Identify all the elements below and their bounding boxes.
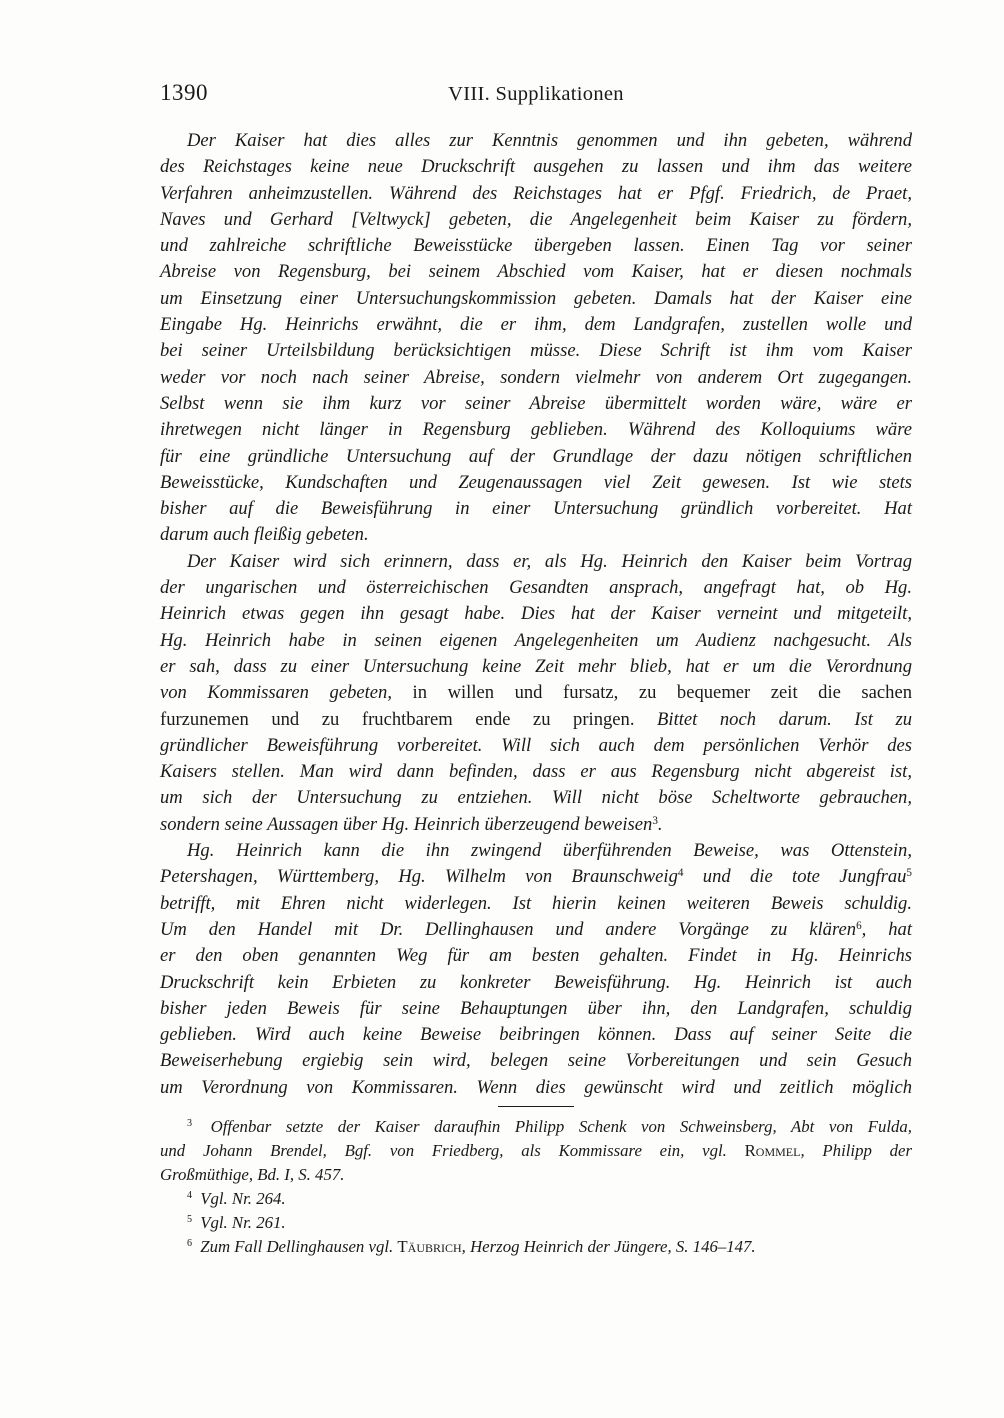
text-segment: , Herzog Heinrich der Jüngere, S. 146–14… (462, 1237, 756, 1256)
body-line: bisher auf die Beweisführung in einer Un… (160, 496, 912, 522)
body-line: darum auch fleißig gebeten. (160, 522, 912, 548)
text-segment: gründlicher Beweisführung vorbereitet. W… (160, 735, 912, 756)
text-segment: Der Kaiser hat dies alles zur Kenntnis g… (187, 130, 912, 151)
text-segment: Beweisstücke, Kundschaften und Zeugenaus… (160, 472, 912, 493)
body-line: er sah, dass zu einer Untersuchung keine… (160, 654, 912, 680)
text-segment: des Reichstages keine neue Druckschrift … (160, 156, 912, 177)
text-segment: Naves und Gerhard [Veltwyck] gebeten, di… (160, 209, 912, 230)
text-segment: sondern seine Aussagen über Hg. Heinrich… (160, 814, 652, 835)
text-segment: Petershagen, Württemberg, Hg. Wilhelm vo… (160, 866, 678, 887)
running-title: VIII. Supplikationen (160, 83, 912, 106)
text-segment: Druckschrift kein Erbieten zu konkreter … (160, 972, 912, 993)
book-page-content: 1390 VIII. Supplikationen Der Kaiser hat… (160, 80, 912, 1258)
body-line: Selbst wenn sie ihm kurz vor seiner Abre… (160, 391, 912, 417)
smallcaps-author: Täubrich (397, 1237, 461, 1256)
quoted-roman-text: furzunemen und zu fruchtbarem ende zu pr… (160, 709, 657, 730)
text-segment: und zahlreiche schriftliche Beweisstücke… (160, 235, 912, 256)
body-line: bei seiner Urteilsbildung berücksichtige… (160, 338, 912, 364)
footnote-line: Großmüthige, Bd. I, S. 457. (160, 1163, 912, 1187)
text-segment: Vgl. Nr. 261. (196, 1213, 286, 1232)
text-segment: Hg. Heinrich habe in seinen eigenen Ange… (160, 630, 912, 651)
text-segment: Heinrich etwas gegen ihn gesagt habe. Di… (160, 603, 912, 624)
body-line: des Reichstages keine neue Druckschrift … (160, 154, 912, 180)
text-segment: darum auch fleißig gebeten. (160, 524, 369, 545)
body-line: Um den Handel mit Dr. Dellinghausen und … (160, 917, 912, 943)
body-line: Der Kaiser hat dies alles zur Kenntnis g… (160, 128, 912, 154)
text-segment: geblieben. Wird auch keine Beweise beibr… (160, 1024, 912, 1045)
text-segment: , hat (862, 919, 912, 940)
text-segment: um sich der Untersuchung zu entziehen. W… (160, 787, 912, 808)
footnote-separator (498, 1106, 574, 1107)
text-segment: für eine gründliche Untersuchung auf der… (160, 446, 912, 467)
text-segment: Bittet noch darum. Ist zu (657, 709, 912, 730)
text-segment: er den oben genannten Weg für am besten … (160, 945, 912, 966)
text-segment: Eingabe Hg. Heinrichs erwähnt, die er ih… (160, 314, 912, 335)
body-line: Der Kaiser wird sich erinnern, dass er, … (160, 549, 912, 575)
footnote-reference: 5 (187, 1214, 192, 1225)
text-segment: der ungarischen und österreichischen Ges… (160, 577, 912, 598)
body-line: sondern seine Aussagen über Hg. Heinrich… (160, 812, 912, 838)
text-segment: Vgl. Nr. 264. (196, 1189, 286, 1208)
text-segment: Um den Handel mit Dr. Dellinghausen und … (160, 919, 856, 940)
text-segment: betrifft, mit Ehren nicht widerlegen. Is… (160, 893, 912, 914)
body-line: um sich der Untersuchung zu entziehen. W… (160, 785, 912, 811)
footnote-line: 4 Vgl. Nr. 264. (160, 1187, 912, 1211)
footnote-reference: 5 (906, 867, 912, 879)
footnote-reference: 4 (187, 1190, 192, 1201)
body-line: Druckschrift kein Erbieten zu konkreter … (160, 970, 912, 996)
body-line: Petershagen, Württemberg, Hg. Wilhelm vo… (160, 864, 912, 890)
body-line: Abreise von Regensburg, bei seinem Absch… (160, 259, 912, 285)
body-line: Beweisstücke, Kundschaften und Zeugenaus… (160, 470, 912, 496)
body-line: geblieben. Wird auch keine Beweise beibr… (160, 1022, 912, 1048)
text-segment: um Verordnung von Kommissaren. Wenn dies… (160, 1077, 912, 1098)
text-segment: Großmüthige, Bd. I, S. 457. (160, 1165, 344, 1184)
body-line: für eine gründliche Untersuchung auf der… (160, 444, 912, 470)
text-segment: bisher auf die Beweisführung in einer Un… (160, 498, 912, 519)
main-text: Der Kaiser hat dies alles zur Kenntnis g… (160, 128, 912, 1101)
text-segment: und Johann Brendel, Bgf. von Friedberg, … (160, 1141, 745, 1160)
text-segment: Kaisers stellen. Man wird dann befinden,… (160, 761, 912, 782)
body-line: weder vor noch nach seiner Abreise, sond… (160, 365, 912, 391)
page-header: 1390 VIII. Supplikationen (160, 80, 912, 106)
text-segment: Zum Fall Dellinghausen vgl. (196, 1237, 397, 1256)
text-segment: um Einsetzung einer Untersuchungskommiss… (160, 288, 912, 309)
smallcaps-author: Rommel (745, 1141, 801, 1160)
body-line: der ungarischen und österreichischen Ges… (160, 575, 912, 601)
text-segment: ihretwegen nicht länger in Regensburg ge… (160, 419, 912, 440)
body-line: er den oben genannten Weg für am besten … (160, 943, 912, 969)
body-line: Naves und Gerhard [Veltwyck] gebeten, di… (160, 207, 912, 233)
text-segment: Offenbar setzte der Kaiser daraufhin Phi… (196, 1117, 912, 1136)
text-segment: Hg. Heinrich kann die ihn zwingend überf… (187, 840, 912, 861)
footnote-reference: 3 (187, 1118, 192, 1129)
text-segment: und die tote Jungfrau (683, 866, 906, 887)
body-line: furzunemen und zu fruchtbarem ende zu pr… (160, 707, 912, 733)
body-line: Beweiserhebung ergiebig sein wird, beleg… (160, 1048, 912, 1074)
text-segment: bei seiner Urteilsbildung berücksichtige… (160, 340, 912, 361)
body-line: betrifft, mit Ehren nicht widerlegen. Is… (160, 891, 912, 917)
body-line: Heinrich etwas gegen ihn gesagt habe. Di… (160, 601, 912, 627)
footnote-line: 3 Offenbar setzte der Kaiser daraufhin P… (160, 1115, 912, 1139)
text-segment: weder vor noch nach seiner Abreise, sond… (160, 367, 912, 388)
text-segment: Selbst wenn sie ihm kurz vor seiner Abre… (160, 393, 912, 414)
body-line: um Einsetzung einer Untersuchungskommiss… (160, 286, 912, 312)
body-line: Eingabe Hg. Heinrichs erwähnt, die er ih… (160, 312, 912, 338)
body-line: gründlicher Beweisführung vorbereitet. W… (160, 733, 912, 759)
body-line: um Verordnung von Kommissaren. Wenn dies… (160, 1075, 912, 1101)
quoted-roman-text: , in willen und fursatz, zu bequemer zei… (387, 682, 912, 703)
text-segment: von Kommissaren gebeten (160, 682, 387, 703)
text-segment: Der Kaiser wird sich erinnern, dass er, … (187, 551, 912, 572)
body-line: bisher jeden Beweis für seine Behauptung… (160, 996, 912, 1022)
footnote-line: und Johann Brendel, Bgf. von Friedberg, … (160, 1139, 912, 1163)
text-segment: , Philipp der (800, 1141, 912, 1160)
text-segment: bisher jeden Beweis für seine Behauptung… (160, 998, 912, 1019)
body-line: Hg. Heinrich habe in seinen eigenen Ange… (160, 628, 912, 654)
body-line: Verfahren anheimzustellen. Während des R… (160, 181, 912, 207)
footnote-line: 5 Vgl. Nr. 261. (160, 1211, 912, 1235)
text-segment: Abreise von Regensburg, bei seinem Absch… (160, 261, 912, 282)
body-line: von Kommissaren gebeten, in willen und f… (160, 680, 912, 706)
footnote-line: 6 Zum Fall Dellinghausen vgl. Täubrich, … (160, 1235, 912, 1259)
body-line: Hg. Heinrich kann die ihn zwingend überf… (160, 838, 912, 864)
footnotes-section: 3 Offenbar setzte der Kaiser daraufhin P… (160, 1115, 912, 1258)
body-line: und zahlreiche schriftliche Beweisstücke… (160, 233, 912, 259)
body-line: Kaisers stellen. Man wird dann befinden,… (160, 759, 912, 785)
text-segment: er sah, dass zu einer Untersuchung keine… (160, 656, 912, 677)
text-segment: . (658, 814, 663, 835)
footnote-reference: 6 (187, 1238, 192, 1249)
body-line: ihretwegen nicht länger in Regensburg ge… (160, 417, 912, 443)
text-segment: Verfahren anheimzustellen. Während des R… (160, 183, 912, 204)
text-segment: Beweiserhebung ergiebig sein wird, beleg… (160, 1050, 912, 1071)
